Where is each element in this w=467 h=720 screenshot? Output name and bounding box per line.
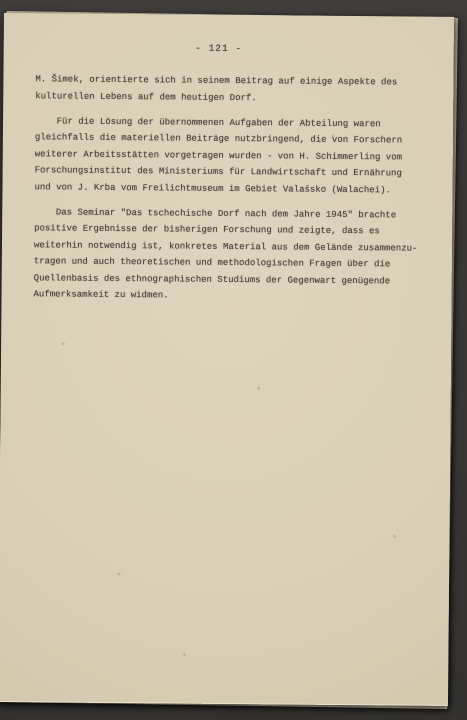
text-line: Aufmerksamkeit zu widmen. bbox=[33, 286, 431, 306]
typewritten-text: M. Šimek, orientierte sich in seinem Bei… bbox=[33, 71, 433, 306]
text-line: und von J. Krba vom Freilichtmuseum im G… bbox=[34, 179, 432, 199]
page-number: - 121 - bbox=[0, 41, 444, 56]
scanned-page: - 121 - M. Šimek, orientierte sich in se… bbox=[0, 13, 454, 706]
photo-background: - 121 - M. Šimek, orientierte sich in se… bbox=[0, 0, 467, 720]
paragraph: M. Šimek, orientierte sich in seinem Bei… bbox=[35, 71, 433, 107]
paragraph: Für die Lösung der übernommenen Aufgaben… bbox=[34, 113, 433, 199]
paragraph: Das Seminar "Das tschechische Dorf nach … bbox=[33, 204, 432, 306]
text-line: kulturellen Lebens auf dem heutigen Dorf… bbox=[35, 88, 433, 108]
